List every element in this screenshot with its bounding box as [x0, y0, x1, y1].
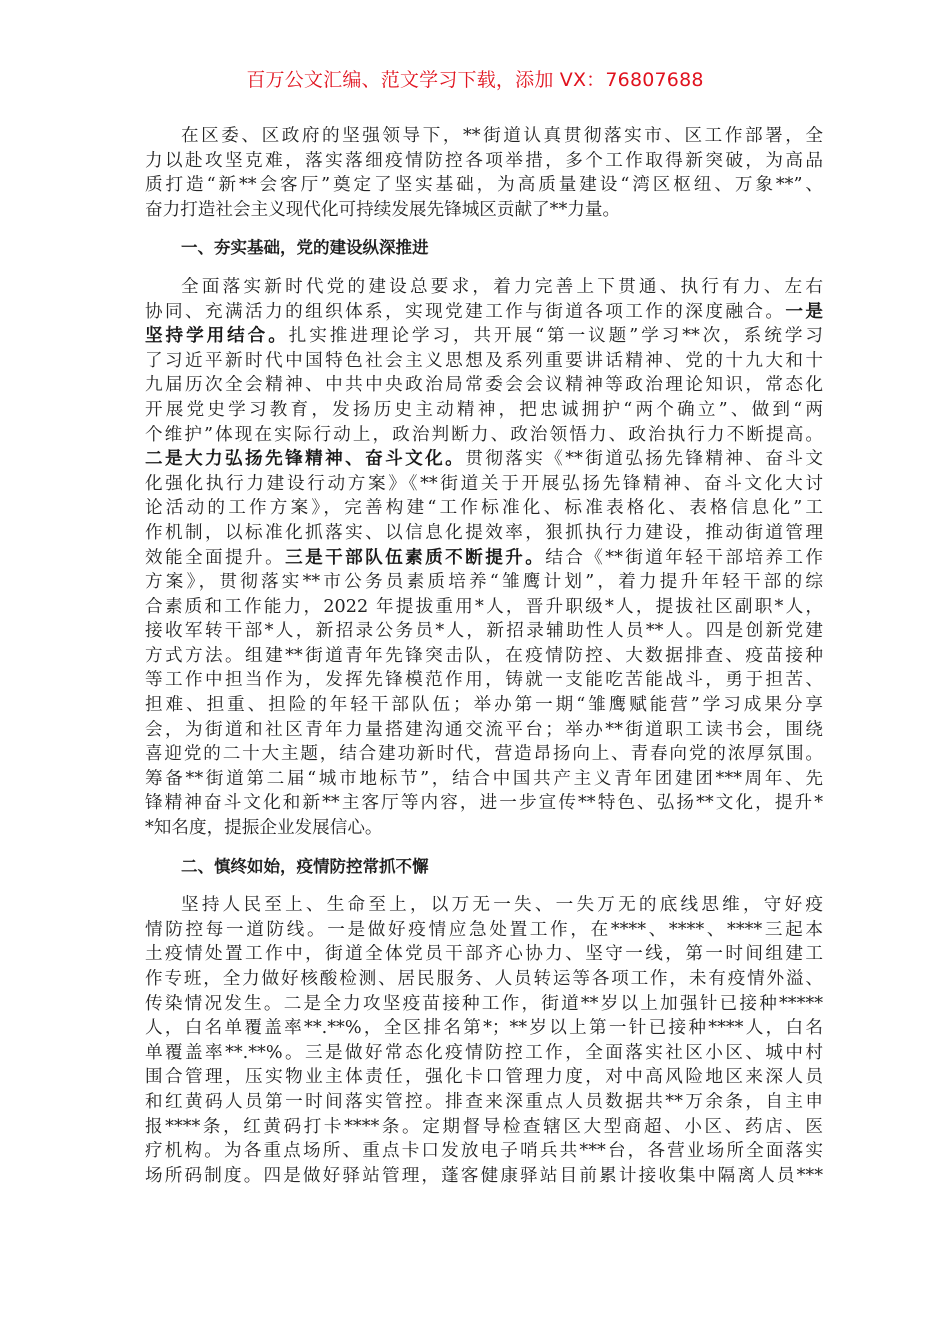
document-body: 在区委、区政府的坚强领导下，**街道认真贯彻落实市、区工作部署，全 力以赴攻坚克…	[145, 124, 823, 1188]
text-line: 个维护”体现在实际行动上，政治判断力、政治领悟力、政治执行力不断提高。	[145, 423, 823, 448]
text-line: 等工作中担当作为，发挥先锋模范作用，铸就一支能吃苦能战斗，勇于担苦、	[145, 668, 823, 693]
text-line: 奋力打造社会主义现代化可持续发展先锋城区贡献了**力量。	[145, 198, 823, 223]
text-run: 协同、充满活力的组织体系，实现党建工作与街道各项工作的深度融合。	[145, 302, 785, 322]
intro-paragraph: 在区委、区政府的坚强领导下，**街道认真贯彻落实市、区工作部署，全 力以赴攻坚克…	[145, 124, 823, 222]
text-line: 围合管理，压实物业主体责任，强化卡口管理力度，对中高风险地区来深人员	[145, 1065, 823, 1090]
text-run: 贯彻落实《**街道弘扬先锋精神、奋斗文	[465, 449, 823, 469]
text-line: *知名度，提振企业发展信心。	[145, 816, 823, 841]
text-line: 报****条，红黄码打卡****条。定期督导检查辖区大型商超、小区、药店、医	[145, 1115, 823, 1140]
text-line: 锋精神奋斗文化和新**主客厅等内容，进一步宣传**特色、弘扬**文化，提升*	[145, 791, 823, 816]
text-run: 结合《**街道年轻干部培养工作	[545, 548, 823, 568]
text-line: 作机制，以标准化抓落实、以信息化提效率，狠抓执行力建设，推动街道管理	[145, 521, 823, 546]
section-heading-2: 二、慎终如始，疫情防控常抓不懈	[145, 855, 823, 880]
bold-run: 三是干部队伍素质不断提升。	[285, 548, 545, 568]
text-line: 传染情况发生。二是全力攻坚疫苗接种工作，街道**岁以上加强针已接种*****	[145, 992, 823, 1017]
text-line: 开展党史学习教育，发扬历史主动精神，把忠诚拥护“两个确立”、做到“两	[145, 398, 823, 423]
text-line: 会，为街道和社区青年力量搭建沟通交流平台；举办**街道职工读书会，围绕	[145, 718, 823, 743]
text-run: 效能全面提升。	[145, 548, 285, 568]
text-line: 协同、充满活力的组织体系，实现党建工作与街道各项工作的深度融合。一是	[145, 300, 823, 325]
text-line: 效能全面提升。三是干部队伍素质不断提升。结合《**街道年轻干部培养工作	[145, 546, 823, 571]
bold-run: 二是大力弘扬先锋精神、奋斗文化。	[145, 449, 465, 469]
section-2-paragraph: 坚持人民至上、生命至上，以万无一失、一失万无的底线思维，守好疫 情防控每一道防线…	[145, 893, 823, 1188]
section-heading-1: 一、夯实基础，党的建设纵深推进	[145, 236, 823, 261]
text-line: 作专班，全力做好核酸检测、居民服务、人员转运等各项工作，未有疫情外溢、	[145, 967, 823, 992]
text-line: 在区委、区政府的坚强领导下，**街道认真贯彻落实市、区工作部署，全	[145, 124, 823, 149]
text-line: 喜迎党的二十大主题，结合建功新时代，营造昂扬向上、青春向党的浓厚氛围。	[145, 742, 823, 767]
section-1-paragraph: 全面落实新时代党的建设总要求，着力完善上下贯通、执行有力、左右 协同、充满活力的…	[145, 275, 823, 841]
text-line: 方案》，贯彻落实**市公务员素质培养“雏鹰计划”，着力提升年轻干部的综	[145, 570, 823, 595]
text-line: 全面落实新时代党的建设总要求，着力完善上下贯通、执行有力、左右	[145, 275, 823, 300]
text-line: 和红黄码人员第一时间落实管控。排查来深重点人员数据共**万余条，自主申	[145, 1090, 823, 1115]
text-line: 九届历次全会精神、中共中央政治局常委会会议精神等政治理论知识，常态化	[145, 373, 823, 398]
watermark-banner: 百万公文汇编、范文学习下载，添加 VX：76807688	[0, 66, 950, 94]
text-line: 坚持人民至上、生命至上，以万无一失、一失万无的底线思维，守好疫	[145, 893, 823, 918]
text-line: 二是大力弘扬先锋精神、奋斗文化。贯彻落实《**街道弘扬先锋精神、奋斗文	[145, 447, 823, 472]
bold-run: 一是	[785, 302, 823, 322]
text-line: 论活动的工作方案》，完善构建“工作标准化、标准表格化、表格信息化”工	[145, 496, 823, 521]
text-line: 化强化执行力建设行动方案》《**街道关于开展弘扬先锋精神、奋斗文化大讨	[145, 472, 823, 497]
text-run: 扎实推进理论学习，共开展“第一议题”学习**次，系统学习	[289, 326, 823, 346]
text-line: 质打造“新**会客厅”奠定了坚实基础，为高质量建设“湾区枢纽、万象**”、	[145, 173, 823, 198]
text-line: 坚持学用结合。扎实推进理论学习，共开展“第一议题”学习**次，系统学习	[145, 324, 823, 349]
text-line: 担难、担重、担险的年轻干部队伍；举办第一期“雏鹰赋能营”学习成果分享	[145, 693, 823, 718]
text-line: 力以赴攻坚克难，落实落细疫情防控各项举措，多个工作取得新突破，为高品	[145, 149, 823, 174]
text-line: 筹备**街道第二届“城市地标节”，结合中国共产主义青年团建团***周年、先	[145, 767, 823, 792]
text-line: 人，白名单覆盖率**.**%，全区排名第*；**岁以上第一针已接种****人，白…	[145, 1016, 823, 1041]
text-line: 情防控每一道防线。一是做好疫情应急处置工作，在****、****、****三起本	[145, 918, 823, 943]
text-line: 场所码制度。四是做好驿站管理，蓬客健康驿站目前累计接收集中隔离人员***	[145, 1164, 823, 1189]
text-line: 单覆盖率**.**%。三是做好常态化疫情防控工作，全面落实社区小区、城中村	[145, 1041, 823, 1066]
text-line: 疗机构。为各重点场所、重点卡口发放电子哨兵共***台，各营业场所全面落实	[145, 1139, 823, 1164]
text-line: 了习近平新时代中国特色社会主义思想及系列重要讲话精神、党的十九大和十	[145, 349, 823, 374]
text-line: 方式方法。组建**街道青年先锋突击队，在疫情防控、大数据排查、疫苗接种	[145, 644, 823, 669]
text-line: 土疫情处置工作中，街道全体党员干部齐心协力、坚守一线，第一时间组建工	[145, 942, 823, 967]
bold-run: 坚持学用结合。	[145, 326, 289, 346]
text-line: 接收军转干部*人，新招录公务员*人，新招录辅助性人员**人。四是创新党建	[145, 619, 823, 644]
text-line: 合素质和工作能力，2022 年提拔重用*人，晋升职级*人，提拔社区副职*人，	[145, 595, 823, 620]
